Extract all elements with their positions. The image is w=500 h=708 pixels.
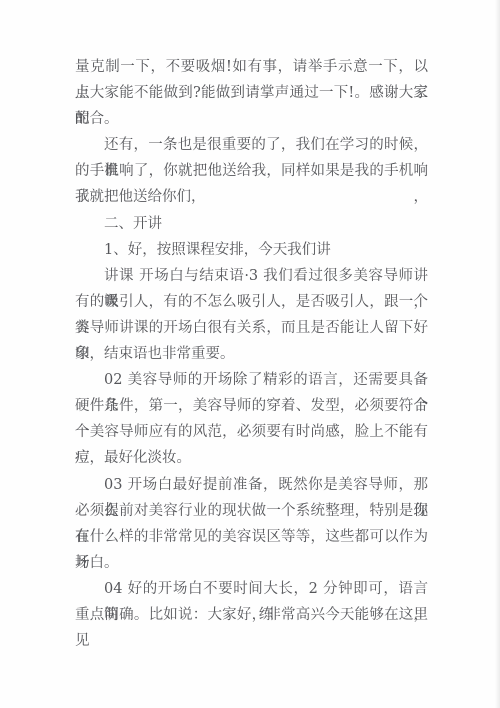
text-line: 03 开场白最好提前准备，既然你是美容导师，那么你 — [75, 472, 428, 498]
text-block: 量克制一下，不要吸烟!如有事，请举手示意一下，以上三点大家能不能做到?能做到请掌… — [75, 54, 428, 628]
text-line: 硬件条件，第一，美容导师的穿着、发型，必须要符合一 — [75, 393, 428, 419]
text-line: 量克制一下，不要吸烟!如有事，请举手示意一下，以上三 — [75, 54, 428, 80]
text-line: 场白。 — [75, 550, 428, 576]
text-line: 02 美容导师的开场除了精彩的语言，还需要具备几个 — [75, 367, 428, 393]
text-line: 04 好的开场白不要时间大长，2 分钟即可，语言简练， — [75, 576, 428, 602]
text-line: 必须提前对美容行业的现状做一个系统整理，特别是现在 — [75, 498, 428, 524]
text-line: 配合。 — [75, 106, 428, 132]
page-edge-shading — [495, 0, 500, 708]
text-line: 还有，一条也是很重要的了，我们在学习的时候，谁 — [75, 132, 428, 158]
text-line: 象，结束语也非常重要。 — [75, 341, 428, 367]
document-page: 量克制一下，不要吸烟!如有事，请举手示意一下，以上三点大家能不能做到?能做到请掌… — [0, 0, 500, 708]
text-line: 二、开讲 — [75, 211, 428, 237]
text-line: 重点明确。比如说：大家好，非常高兴今天能够在这里见 — [75, 602, 428, 628]
text-line: 点大家能不能做到?能做到请掌声通过一下!。感谢大家的 — [75, 80, 428, 106]
text-line: 有的吸引人，有的不怎么吸引人，是否吸引人，跟一个美 — [75, 289, 428, 315]
text-line: 容导师讲课的开场白很有关系，而且是否能让人留下好印 — [75, 315, 428, 341]
text-line: 讲课 开场白与结束语·3 我们看过很多美容导师讲课， — [75, 263, 428, 289]
text-line: 个美容导师应有的风范，必须要有时尚感，脸上不能有痘 — [75, 419, 428, 445]
text-line: 有什么样的非常常见的美容误区等等，这些都可以作为开 — [75, 524, 428, 550]
text-line: 1、好，按照课程安排，今天我们讲 — [75, 237, 428, 263]
text-line: 的手机响了，你就把他送给我，同样如果是我的手机响了， — [75, 158, 428, 184]
text-line: 痘，最好化淡妆。 — [75, 445, 428, 471]
